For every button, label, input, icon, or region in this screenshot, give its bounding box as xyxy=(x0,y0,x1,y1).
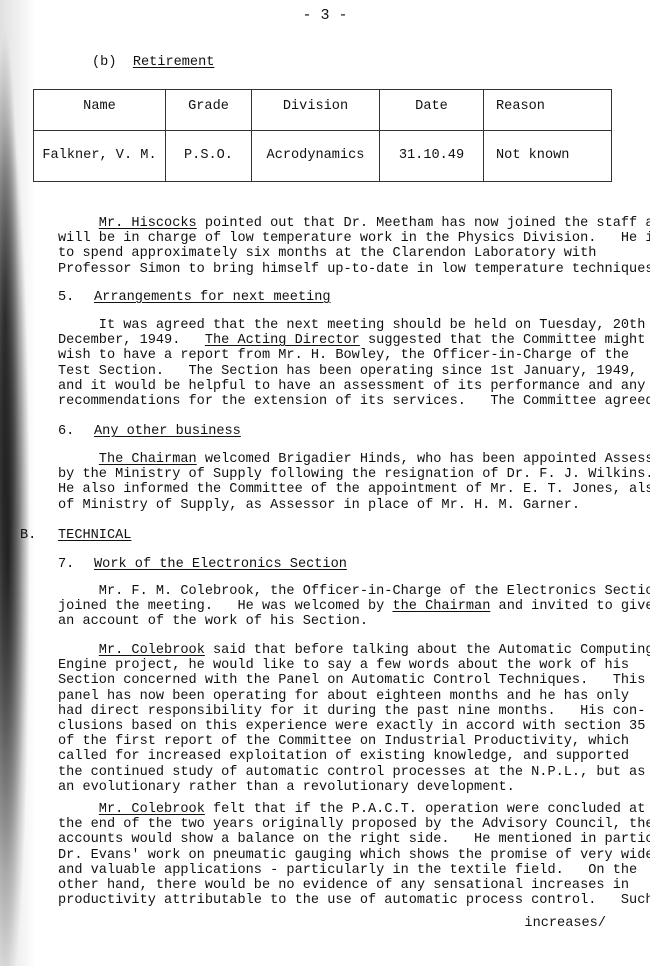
section-letter: B. xyxy=(20,528,58,543)
section-number: 5. xyxy=(58,290,94,305)
section-b-heading: B.TECHNICAL xyxy=(20,528,131,543)
cell-name: Falkner, V. M. xyxy=(34,131,166,182)
retirement-heading-title: Retirement xyxy=(133,55,215,70)
column-header-date: Date xyxy=(380,90,484,131)
cell-division: Acrodynamics xyxy=(252,131,380,182)
cell-grade: P.S.O. xyxy=(166,131,252,182)
speaker-name: The Chairman xyxy=(99,452,197,467)
chairman-ref: the Chairman xyxy=(392,599,490,614)
table-row: Falkner, V. M. P.S.O. Acrodynamics 31.10… xyxy=(34,131,612,182)
section-5-heading: 5.Arrangements for next meeting xyxy=(58,290,331,305)
table-header-row: Name Grade Division Date Reason xyxy=(34,90,612,131)
section-number: 7. xyxy=(58,557,94,572)
section-6-heading: 6.Any other business xyxy=(58,424,241,439)
speaker-name: Mr. Colebrook xyxy=(99,802,205,817)
paragraph-other-business: The Chairman welcomed Brigadier Hinds, w… xyxy=(58,452,628,513)
page-number: - 3 - xyxy=(300,8,350,23)
section-title: Work of the Electronics Section xyxy=(94,557,347,572)
section-title: Arrangements for next meeting xyxy=(94,290,331,305)
column-header-grade: Grade xyxy=(166,90,252,131)
retirement-heading: (b) Retirement xyxy=(92,55,214,70)
paragraph-hiscocks: Mr. Hiscocks pointed out that Dr. Meetha… xyxy=(58,216,628,277)
retirement-table: Name Grade Division Date Reason Falkner,… xyxy=(33,89,612,182)
column-header-division: Division xyxy=(252,90,380,131)
paragraph-colebrook-panel: Mr. Colebrook said that before talking a… xyxy=(58,643,628,795)
section-title: TECHNICAL xyxy=(58,528,131,543)
retirement-heading-prefix: (b) xyxy=(92,55,116,70)
section-title: Any other business xyxy=(94,424,241,439)
column-header-reason: Reason xyxy=(484,90,612,131)
speaker-name: Mr. Colebrook xyxy=(99,643,205,658)
section-number: 6. xyxy=(58,424,94,439)
paragraph-colebrook-pact: Mr. Colebrook felt that if the P.A.C.T. … xyxy=(58,802,628,908)
paragraph-next-meeting: It was agreed that the next meeting shou… xyxy=(58,318,628,409)
section-7-heading: 7.Work of the Electronics Section xyxy=(58,557,347,572)
acting-director-ref: The Acting Director xyxy=(205,333,360,348)
scan-edge-shadow xyxy=(0,0,36,966)
continuation-catchword: increases/ xyxy=(524,916,606,931)
paragraph-colebrook-intro: Mr. F. M. Colebrook, the Officer-in-Char… xyxy=(58,584,628,630)
cell-reason: Not known xyxy=(484,131,612,182)
cell-date: 31.10.49 xyxy=(380,131,484,182)
speaker-name: Mr. Hiscocks xyxy=(99,216,197,231)
column-header-name: Name xyxy=(34,90,166,131)
